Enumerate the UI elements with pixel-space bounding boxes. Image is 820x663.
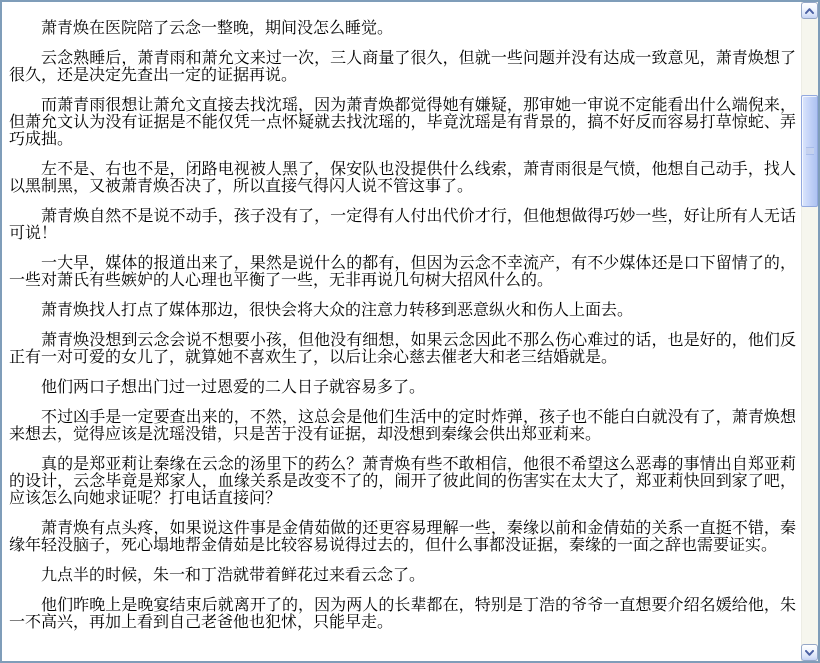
novel-paragraph: 九点半的时候，朱一和丁浩就带着鲜花过来看云念了。 [9,566,796,583]
chevron-up-icon [805,8,814,14]
novel-paragraph: 萧青焕在医院陪了云念一整晚，期间没怎么睡觉。 [9,19,796,36]
novel-paragraph: 他们昨晚上是晚宴结束后就离开了的，因为两人的长辈都在，特别是丁浩的爷爷一直想要介… [9,596,796,630]
novel-paragraph: 而萧青雨很想让萧允文直接去找沈瑶，因为萧青焕都觉得她有嫌疑，那审她一审说不定能看… [9,96,796,147]
chevron-down-icon [805,650,814,656]
novel-paragraph: 萧青焕没想到云念会说不想要小孩，但他没有细想，如果云念因此不那么伤心难过的话，也… [9,331,796,365]
novel-paragraph: 萧青焕自然不是说不动手，孩子没有了，一定得有人付出代价才行，但他想做得巧妙一些，… [9,207,796,241]
scrollbar-track[interactable] [801,19,818,644]
novel-text-area: 萧青焕在医院陪了云念一整晚，期间没怎么睡觉。 云念熟睡后，萧青雨和萧允文来过一次… [2,2,801,661]
novel-paragraph: 真的是郑亚莉让秦缘在云念的汤里下的药么？萧青焕有些不敢相信，他很不希望这么恶毒的… [9,455,796,506]
novel-paragraph: 云念熟睡后，萧青雨和萧允文来过一次，三人商量了很久，但就一些问题并没有达成一致意… [9,49,796,83]
novel-paragraph: 左不是、右也不是，闭路电视被人黑了，保安队也没提供什么线索，萧青雨很是气愤，他想… [9,160,796,194]
reader-page: 萧青焕在医院陪了云念一整晚，期间没怎么睡觉。 云念熟睡后，萧青雨和萧允文来过一次… [0,0,820,663]
novel-paragraph: 萧青焕找人打点了媒体那边，很快会将大众的注意力转移到恶意纵火和伤人上面去。 [9,301,796,318]
vertical-scrollbar[interactable] [801,2,818,661]
novel-paragraph: 一大早，媒体的报道出来了，果然是说什么的都有，但因为云念不幸流产，有不少媒体还是… [9,254,796,288]
scroll-up-button[interactable] [801,2,818,19]
scrollbar-thumb[interactable] [801,95,818,207]
scroll-down-button[interactable] [801,644,818,661]
novel-paragraph: 萧青焕有点头疼，如果说这件事是金倩茹做的还更容易理解一些，秦缘以前和金倩茹的关系… [9,519,796,553]
novel-paragraph: 他们两口子想出门过一过恩爱的二人日子就容易多了。 [9,378,796,395]
novel-paragraph: 不过凶手是一定要查出来的，不然，这总会是他们生活中的定时炸弹，孩子也不能白白就没… [9,408,796,442]
scrollbar-thumb-grip-icon [806,148,814,155]
